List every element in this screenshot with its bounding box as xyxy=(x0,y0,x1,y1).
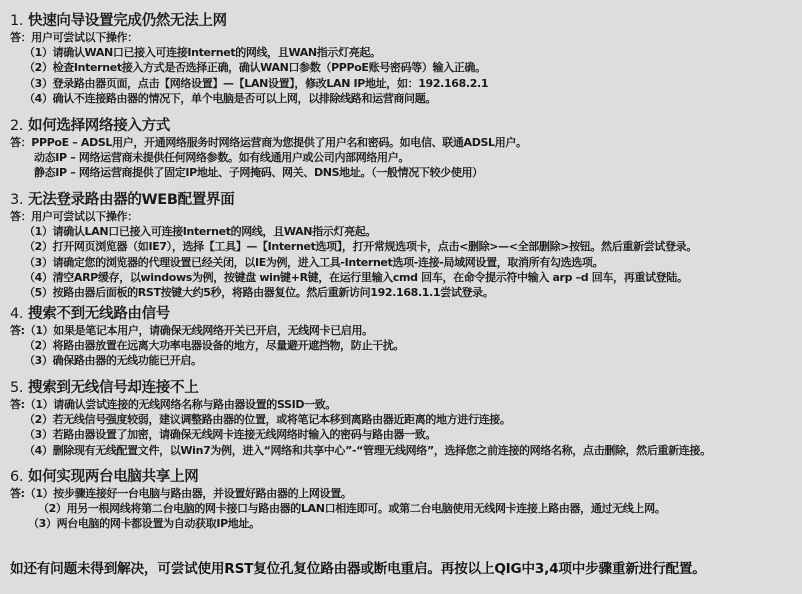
answer-item: （2）用另一根网线将第二台电脑的网卡接口与路由器的LAN口相连即可。或第二台电脑… xyxy=(10,501,800,516)
faq-section-2: 2. 如何选择网络接入方式 答：PPPoE – ADSL用户，开通网络服务时网络… xyxy=(10,118,800,181)
section-number: 1. xyxy=(10,13,23,29)
section-title: 6. 如何实现两台电脑共享上网 xyxy=(10,469,800,486)
answer-item: （2）将路由器放置在远离大功率电器设备的地方，尽量避开遮挡物，防止干扰。 xyxy=(10,338,800,353)
faq-section-5: 5. 搜索到无线信号却连接不上 答:（1）请确认尝试连接的无线网络名称与路由器设… xyxy=(10,380,800,458)
answer-intro: 答：用户可尝试以下操作： xyxy=(10,30,800,45)
answer-item: （4）清空ARP缓存，以windows为例，按键盘 win键+R键，在运行里输入… xyxy=(10,270,800,285)
answer-item: 动态IP – 网络运营商未提供任何网络参数。如有线通用户或公司内部网络用户。 xyxy=(10,150,800,165)
section-number: 4. xyxy=(10,306,23,322)
answer-item: （3）确保路由器的无线功能已开启。 xyxy=(10,353,800,368)
faq-section-4: 4. 搜索不到无线路由信号 答:（1）如果是笔记本用户，请确保无线网络开关已开启… xyxy=(10,306,800,369)
answer-item: （4）删除现有无线配置文件，以Win7为例，进入“网络和共享中心”-“管理无线网… xyxy=(10,443,800,458)
answer-item: （5）按路由器后面板的RST按键大约5秒，将路由器复位。然后重新访问192.16… xyxy=(10,285,800,300)
answer-item: （1）请确认LAN口已接入可连接Internet的网线，且WAN指示灯亮起。 xyxy=(10,224,800,239)
section-heading: 搜索到无线信号却连接不上 xyxy=(28,380,198,396)
section-heading: 如何选择网络接入方式 xyxy=(28,118,170,134)
faq-section-3: 3. 无法登录路由器的WEB配置界面 答：用户可尝试以下操作： （1）请确认LA… xyxy=(10,192,800,300)
answer-item: 静态IP – 网络运营商提供了固定IP地址、子网掩码、网关、DNS地址。（一般情… xyxy=(10,165,800,180)
section-heading: 无法登录路由器的WEB配置界面 xyxy=(28,192,234,208)
answer-item: （1）请确认WAN口已接入可连接Internet的网线，且WAN指示灯亮起。 xyxy=(10,45,800,60)
answer-item: （3）请确定您的浏览器的代理设置已经关闭，以IE为例，进入工具-Internet… xyxy=(10,255,800,270)
answer-item: （2）检查Internet接入方式是否选择正确，确认WAN口参数（PPPoE账号… xyxy=(10,60,800,75)
section-number: 6. xyxy=(10,469,23,485)
section-number: 3. xyxy=(10,192,23,208)
section-heading: 搜索不到无线路由信号 xyxy=(28,306,170,322)
section-number: 5. xyxy=(10,380,23,396)
section-title: 1. 快速向导设置完成仍然无法上网 xyxy=(10,13,800,30)
answer-item: （2）打开网页浏览器（如IE7），选择【工具】—【Internet选项】，打开常… xyxy=(10,239,800,254)
section-heading: 快速向导设置完成仍然无法上网 xyxy=(28,13,227,29)
answer-item: （3）两台电脑的网卡都设置为自动获取IP地址。 xyxy=(10,516,800,531)
answer-intro: 答：PPPoE – ADSL用户，开通网络服务时网络运营商为您提供了用户名和密码… xyxy=(10,135,800,150)
answer-item: （3）登录路由器页面，点击【网络设置】—【LAN设置】，修改LAN IP地址，如… xyxy=(10,76,800,91)
answer-intro: 答：用户可尝试以下操作： xyxy=(10,209,800,224)
section-title: 4. 搜索不到无线路由信号 xyxy=(10,306,800,323)
answer-intro: 答:（1）请确认尝试连接的无线网络名称与路由器设置的SSID一致。 xyxy=(10,397,800,412)
faq-section-1: 1. 快速向导设置完成仍然无法上网 答：用户可尝试以下操作： （1）请确认WAN… xyxy=(10,13,800,106)
section-title: 2. 如何选择网络接入方式 xyxy=(10,118,800,135)
answer-item: （4）确认不连接路由器的情况下，单个电脑是否可以上网，以排除线路和运营商问题。 xyxy=(10,91,800,106)
answer-item: （3）若路由器设置了加密，请确保无线网卡连接无线网络时输入的密码与路由器一致。 xyxy=(10,427,800,442)
answer-intro: 答:（1）如果是笔记本用户，请确保无线网络开关已开启，无线网卡已启用。 xyxy=(10,323,800,338)
section-number: 2. xyxy=(10,118,23,134)
section-title: 5. 搜索到无线信号却连接不上 xyxy=(10,380,800,397)
faq-section-6: 6. 如何实现两台电脑共享上网 答:（1）按步骤连接好一台电脑与路由器，并设置好… xyxy=(10,469,800,532)
footer-note: 如还有问题未得到解决，可尝试使用RST复位孔复位路由器或断电重启。再按以上QIG… xyxy=(10,557,706,577)
section-title: 3. 无法登录路由器的WEB配置界面 xyxy=(10,192,800,209)
faq-document: 1. 快速向导设置完成仍然无法上网 答：用户可尝试以下操作： （1）请确认WAN… xyxy=(0,0,802,594)
section-heading: 如何实现两台电脑共享上网 xyxy=(28,469,198,485)
answer-intro: 答:（1）按步骤连接好一台电脑与路由器，并设置好路由器的上网设置。 xyxy=(10,486,800,501)
answer-item: （2）若无线信号强度较弱，建议调整路由器的位置，或将笔记本移到离路由器近距离的地… xyxy=(10,412,800,427)
